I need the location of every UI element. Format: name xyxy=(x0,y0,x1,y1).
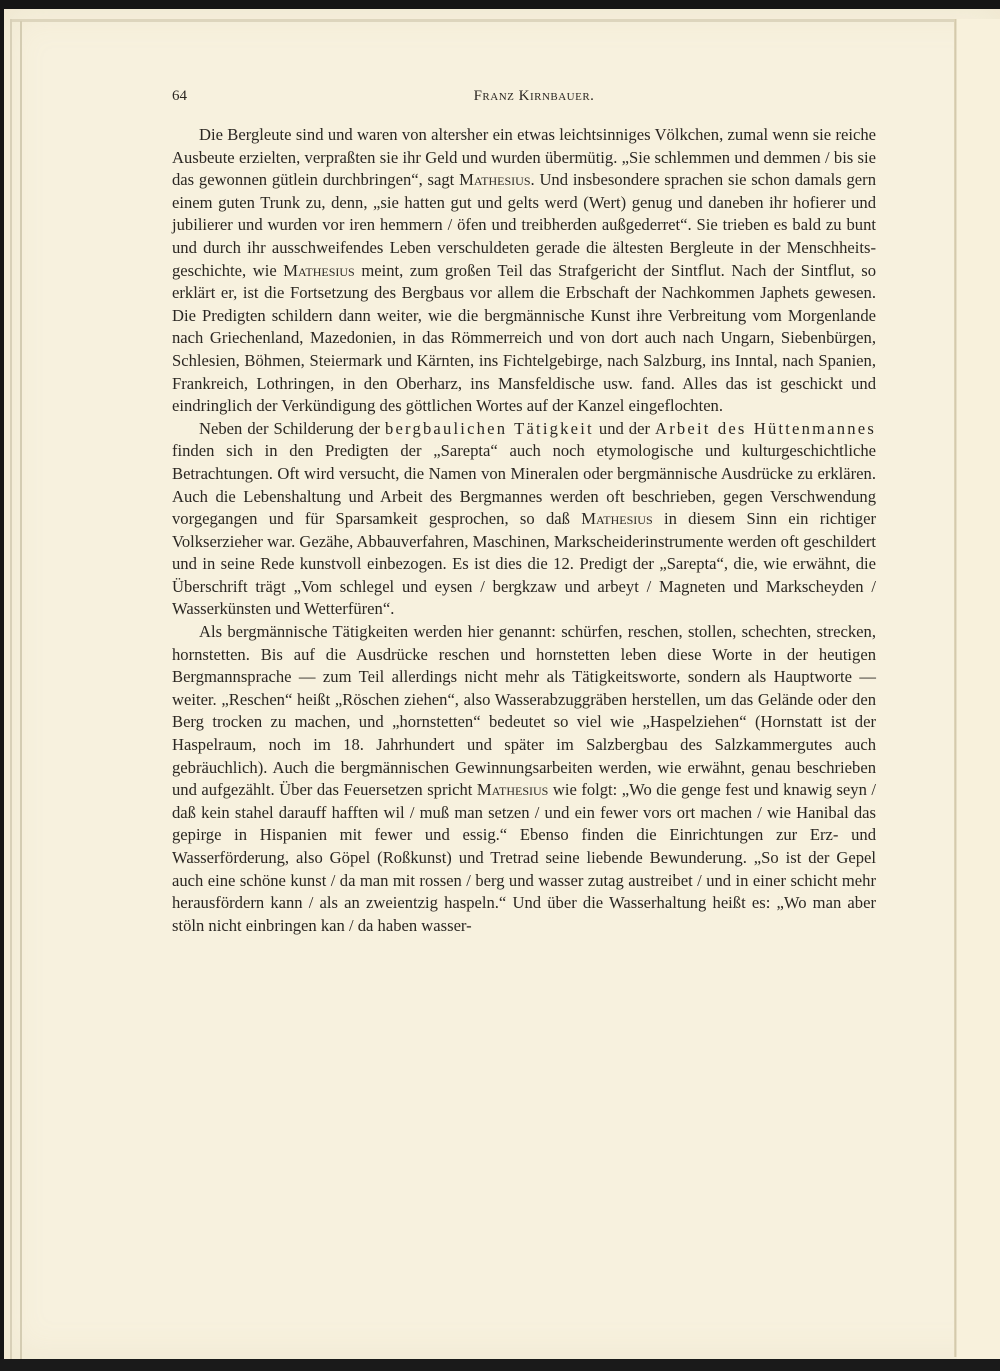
emphasized-spaced-text: Arbeit des Hüttenmannes xyxy=(655,419,876,438)
text-run: Neben der Schilderung der xyxy=(199,419,385,438)
author-name-small-caps: Mathesius xyxy=(459,170,530,189)
text-run: Als bergmännische Tätigkeiten werden hie… xyxy=(172,622,876,799)
page-edge-top xyxy=(10,19,1000,22)
running-head-author: Franz Kirnbauer. xyxy=(172,88,876,105)
scan-background-bottom xyxy=(0,1359,1000,1371)
paragraph: Als bergmännische Tätigkeiten werden hie… xyxy=(172,621,876,937)
text-run: meint, zum großen Teil das Strafgericht … xyxy=(172,261,876,416)
page-header: 64 Franz Kirnbauer. xyxy=(172,88,876,108)
page-edge-left-inner xyxy=(20,21,22,1359)
paragraph: Die Bergleute sind und waren von altersh… xyxy=(172,124,876,418)
text-run: wie folgt: „Wo die genge fest und knawig… xyxy=(172,780,876,935)
author-name-small-caps: Mathesius xyxy=(477,780,548,799)
page-edge-left-outer xyxy=(10,19,12,1359)
emphasized-spaced-text: bergbaulichen Tätigkeit xyxy=(385,419,594,438)
facing-page-edge xyxy=(957,19,1000,1359)
author-name-small-caps: Mathesius xyxy=(283,261,354,280)
text-run: und der xyxy=(594,419,655,438)
scanned-page-image: 64 Franz Kirnbauer. Die Bergleute sind u… xyxy=(0,0,1000,1371)
author-name-small-caps: Mathesius xyxy=(581,509,652,528)
body-text: Die Bergleute sind und waren von altersh… xyxy=(172,124,876,937)
paragraph: Neben der Schilderung der bergbaulichen … xyxy=(172,418,876,621)
